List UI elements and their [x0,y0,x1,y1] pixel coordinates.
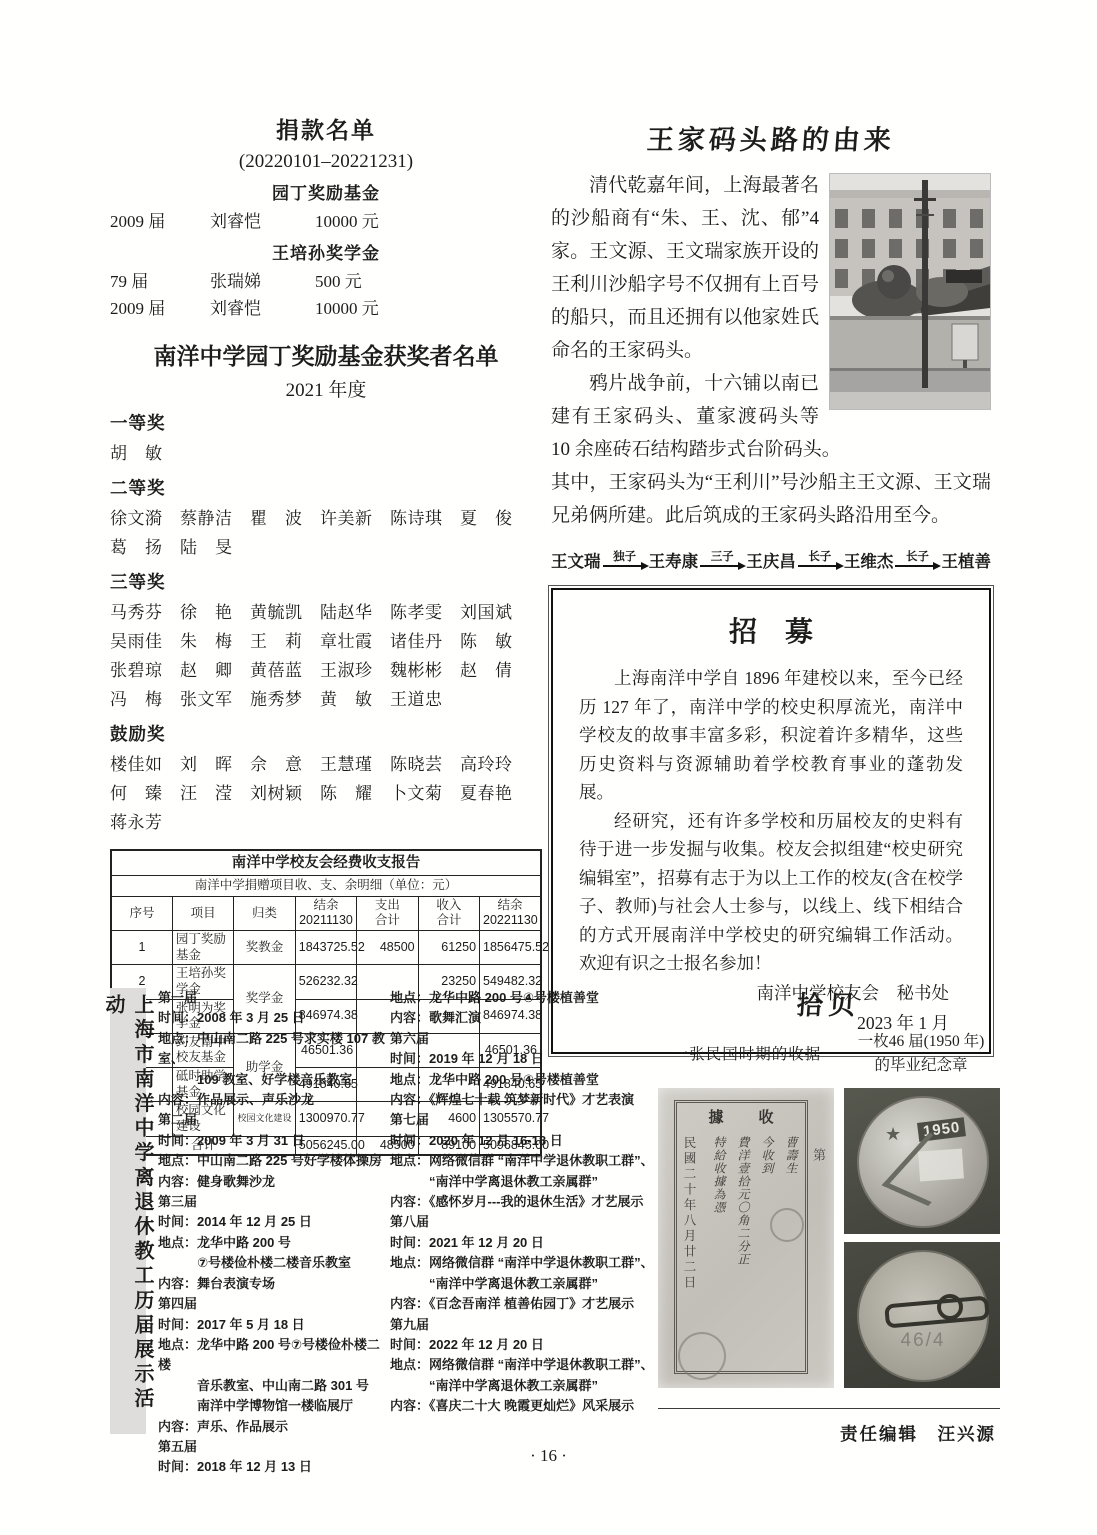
star-icon: ★ [885,1124,901,1145]
donation-amount: 10000 元 [315,295,379,322]
award-name-line: 张碧琼 赵 卿 黄蓓蓝 王淑珍 魏彬彬 赵 倩 [110,656,542,685]
awards-year: 2021 年度 [110,375,542,402]
event-line: 时间：2022 年 12 月 20 日 [390,1335,666,1355]
award-name-list: 胡 敏 [110,439,542,468]
shibei-section: 拾贝 一张民国时期的收据 一枚46 届(1950 年) 的毕业纪念章 據 收 第… [658,985,1000,1446]
event-line: 第四届 [158,1294,390,1314]
event-line: 地点：龙华中路 200 号④号楼植善堂 [390,1070,666,1090]
event-line: 地点：龙华中路 200 号④号楼植善堂 [390,988,666,1008]
medal-caption-line1: 一枚46 届(1950 年) [842,1030,1000,1054]
event-line: 时间：2020 年 12 月 16-18 日 [390,1131,666,1151]
award-name-line: 徐文漪 蔡静洁 瞿 波 许美新 陈诗琪 夏 俊 [110,504,542,533]
footer-divider [658,1408,1000,1409]
medal-engraving: 46/4 [859,1330,987,1352]
award-name-line: 葛 扬 陆 旻 [110,533,542,562]
event-line: 第八届 [390,1212,666,1232]
event-line: 地点：中山南二路 225 号好学楼体操房 [158,1151,390,1171]
award-name-line: 蒋永芳 [110,808,542,837]
table-row: 1 园丁奖励基金 奖教金 1843725.52 48500 61250 1856… [111,931,541,965]
event-line: 109 教室、好学楼音乐教室 [158,1070,390,1090]
event-line: 地点：中山南二路 225 号求实楼 107 教室、 [158,1029,390,1070]
award-group: 鼓励奖 楼佳如 刘 晖 佘 意 王慧瑾 陈晓芸 高玲玲何 臻 汪 滢 刘树颖 陈… [110,721,542,837]
event-line: 第二届 [158,1110,390,1130]
col-header-prev: 结余 20211130 [295,896,356,930]
event-line: 地点：网络微信群 “南洋中学退休教职工群”、 [390,1253,666,1273]
recruitment-box: 招 募 上海南洋中学自 1896 年建校以来，至今已经历 127 年了，南洋中学… [551,588,991,1054]
col-header-item: 项目 [172,896,233,930]
article-title: 王家码头路的由来 [550,118,993,157]
receipt-hand-line: 今收到 [759,1136,776,1358]
stamp-icon [770,1208,804,1242]
donation-period: (20220101–20221231) [110,151,542,173]
medal-front-photo: ★ 1950 [844,1088,1000,1234]
event-line: 内容：《百念吾南洋 植善佑园丁》才艺展示 [390,1294,666,1314]
award-name-line: 楼佳如 刘 晖 佘 意 王慧瑾 陈晓芸 高玲玲 [110,750,542,779]
finance-table-subtitle: 南洋中学捐赠项目收、支、余明细（单位：元） [111,876,541,897]
medal-caption: 一枚46 届(1950 年) 的毕业纪念章 [842,1030,1000,1078]
cell-cat: 奖教金 [234,931,295,965]
receipt-photo: 據 收 第 民國二十年八月廿二日 曹壽生 今收到 費洋壹拾元〇角二分正 特給收據… [658,1088,834,1388]
event-line: 音乐教室、中山南二路 301 号 [158,1376,390,1396]
event-line: 时间：2021 年 12 月 20 日 [390,1233,666,1253]
event-line: 第七届 [390,1110,666,1130]
award-name-list: 徐文漪 蔡静洁 瞿 波 许美新 陈诗琪 夏 俊葛 扬 陆 旻 [110,504,542,562]
event-line: 内容：《喜庆二十大 晚霞更灿烂》风采展示 [390,1396,666,1416]
donor-class: 2009 届 [110,295,210,322]
event-line: “南洋中学离退休教工亲属群” [390,1376,666,1396]
receipt-handwriting: 曹壽生 今收到 費洋壹拾元〇角二分正 特給收據為憑 [706,1136,800,1358]
cell-expense: 48500 [357,931,418,965]
awards-title: 南洋中学园丁奖励基金获奖者名单 [110,338,542,371]
finance-header-row: 序号 项目 归类 结余 20211130 支出 合计 收入 合计 结余 2022… [111,896,541,930]
medal-back-coin: 46/4 [857,1250,989,1382]
event-line: 第一届 [158,988,390,1008]
cell-item: 园丁奖励基金 [172,931,233,965]
donor-class: 79 届 [110,268,210,295]
fund-name: 王培孙奖学金 [110,239,542,264]
editor-credit: 责任编辑 汪兴源 [658,1421,1000,1446]
article-paragraph: 其中，王家码头为“王利川”号沙船主王文源、王文瑞兄弟俩所建。此后筑成的王家码头路… [551,466,991,532]
receipt-header: 據 收 [658,1106,834,1127]
recruitment-paragraph: 上海南洋中学自 1896 年建校以来，至今已经历 127 年了，南洋中学的校史积… [579,664,963,807]
col-header-now: 结余 20221130 [480,896,541,930]
donation-row: 2009 届 刘睿恺 10000 元 [110,208,542,235]
genealogy-link: 长子 [798,551,842,567]
award-name-line: 马秀芬 徐 艳 黄毓凯 陆赵华 陈孝雯 刘国斌 [110,598,542,627]
receipt-caption: 一张民国时期的收据 [658,1030,836,1078]
relation-label: 三子 [711,551,734,563]
event-line: 地点：网络微信群 “南洋中学退休教职工群”、 [390,1151,666,1171]
event-line: 地点：龙华中路 200 号⑦号楼俭朴楼二楼 [158,1335,390,1376]
donation-row: 2009 届 刘睿恺 10000 元 [110,295,542,322]
col-header-cat: 归类 [234,896,295,930]
recruitment-title: 招 募 [579,610,963,650]
donation-title: 捐款名单 [110,112,542,145]
event-line: 内容：歌舞汇演 [390,1008,666,1028]
event-line: 地点：龙华中路 200 号 [158,1233,390,1253]
relation-label: 长子 [906,551,929,563]
donation-row: 79 届 张瑞娣 500 元 [110,268,542,295]
shibei-photos: 據 收 第 民國二十年八月廿二日 曹壽生 今收到 費洋壹拾元〇角二分正 特給收據… [658,1088,1000,1388]
medal-back-photo: 46/4 [844,1242,1000,1388]
event-line: 第九届 [390,1315,666,1335]
award-name-line: 冯 梅 张文军 施秀梦 黄 敏 王道忠 [110,685,542,714]
event-line: 南洋中学博物馆一楼临展厅 [158,1396,390,1416]
genealogy-link: 独子 [603,551,647,567]
page-number: · 16 · [0,1446,1097,1466]
receipt-hand-line: 特給收據為憑 [711,1136,728,1358]
award-group-label: 三等奖 [110,569,542,594]
col-header-income: 收入 合计 [418,896,479,930]
award-group-label: 二等奖 [110,475,542,500]
award-name-line: 吴雨佳 朱 梅 王 莉 章壮霞 诸佳丹 陈 敏 [110,627,542,656]
receipt-date: 民國二十年八月廿二日 [680,1136,698,1291]
cell-now: 1856475.52 [480,931,541,965]
event-line: 时间：2008 年 3 月 25 日 [158,1008,390,1028]
events-column-1: 第一届时间：2008 年 3 月 25 日地点：中山南二路 225 号求实楼 1… [158,988,390,1478]
pin-clasp-icon [937,1294,963,1320]
event-line: “南洋中学离退休教工亲属群” [390,1274,666,1294]
donor-class: 2009 届 [110,208,210,235]
finance-table-title: 南洋中学校友会经费收支报告 [111,850,541,876]
receipt-hand-line: 曹壽生 [783,1136,800,1358]
events-sidebar-title: 上海市南洋中学离退休教工历届展示活动 [99,988,157,1434]
recruitment-paragraph: 经研究，还有许多学校和历届校友的史料有待于进一步发掘与收集。校友会拟组建“校史研… [579,807,963,978]
event-line: 内容：声乐、作品展示 [158,1417,390,1437]
event-line: 内容：《感怀岁月---我的退休生活》才艺展示 [390,1192,666,1212]
event-line: 时间：2014 年 12 月 25 日 [158,1212,390,1232]
genealogy-name: 王植善 [942,548,992,572]
donation-amount: 500 元 [315,268,362,295]
genealogy-name: 王庆昌 [746,548,796,572]
medal-front-coin: ★ 1950 [857,1096,989,1228]
event-line: 地点：网络微信群 “南洋中学退休教职工群”、 [390,1355,666,1375]
cell-prev: 1843725.52 [295,931,356,965]
award-name-list: 楼佳如 刘 晖 佘 意 王慧瑾 陈晓芸 高玲玲何 臻 汪 滢 刘树颖 陈 耀 卜… [110,750,542,837]
award-name-line: 何 臻 汪 滢 刘树颖 陈 耀 卜文菊 夏春艳 [110,779,542,808]
genealogy-name: 王维杰 [844,548,894,572]
right-column: 王家码头路的由来 清代乾嘉年间，上海最著名的沙船商有“朱、王、沈、郁”4 家。王… [551,118,991,1054]
relation-label: 独子 [613,551,636,563]
receipt-number-char: 第 [809,1148,828,1161]
arrow-icon [798,565,842,567]
donor-name: 刘睿恺 [210,208,315,235]
col-header-seq: 序号 [111,896,172,930]
medal-characters [918,1149,964,1182]
shibei-title: 拾贝 [657,985,1002,1022]
award-group: 二等奖 徐文漪 蔡静洁 瞿 波 许美新 陈诗琪 夏 俊葛 扬 陆 旻 [110,475,542,562]
events-section: 上海市南洋中学离退休教工历届展示活动 第一届时间：2008 年 3 月 25 日… [110,988,666,1478]
award-group-label: 一等奖 [110,410,542,435]
award-group: 一等奖 胡 敏 [110,410,542,468]
receipt-hand-line: 費洋壹拾元〇角二分正 [735,1136,752,1358]
event-line: 第六届 [390,1029,666,1049]
event-line: 时间：2009 年 3 月 31 日 [158,1131,390,1151]
event-line: 内容：健身歌舞沙龙 [158,1172,390,1192]
medal-photos: ★ 1950 46/4 [844,1088,1000,1388]
event-line: 内容：《辉煌七十载 筑梦新时代》才艺表演 [390,1090,666,1110]
event-line: ⑦号楼俭朴楼二楼音乐教室 [158,1253,390,1273]
col-header-expense: 支出 合计 [357,896,418,930]
arrow-icon [895,565,939,567]
event-line: 内容：舞台表演专场 [158,1274,390,1294]
event-line: 时间：2019 年 12 月 18 日 [390,1049,666,1069]
genealogy-name: 王文瑞 [551,548,601,572]
award-group: 三等奖 马秀芬 徐 艳 黄毓凯 陆赵华 陈孝雯 刘国斌吴雨佳 朱 梅 王 莉 章… [110,569,542,714]
event-line: 时间：2017 年 5 月 18 日 [158,1315,390,1335]
event-line: 第三届 [158,1192,390,1212]
relation-label: 长子 [808,551,831,563]
cell-seq: 1 [111,931,172,965]
genealogy-name: 王寿康 [649,548,699,572]
donation-amount: 10000 元 [315,208,379,235]
event-line: 内容：作品展示、声乐沙龙 [158,1090,390,1110]
award-name-line: 胡 敏 [110,439,542,468]
events-column-2: 地点：龙华中路 200 号④号楼植善堂内容：歌舞汇演第六届时间：2019 年 1… [390,988,666,1478]
donor-name: 刘睿恺 [210,295,315,322]
street-photo [829,173,991,410]
donor-name: 张瑞娣 [210,268,315,295]
event-line: “南洋中学离退休教工亲属群” [390,1172,666,1192]
award-group-label: 鼓励奖 [110,721,542,746]
fund-name: 园丁奖励基金 [110,179,542,204]
cell-income: 61250 [418,931,479,965]
events-sidebar: 上海市南洋中学离退休教工历届展示活动 [110,988,146,1434]
genealogy-chart: 王文瑞 独子 王寿康 三子 王庆昌 长子 王维杰 长子 王植善 [551,548,991,572]
genealogy-link: 三子 [700,551,744,567]
award-name-list: 马秀芬 徐 艳 黄毓凯 陆赵华 陈孝雯 刘国斌吴雨佳 朱 梅 王 莉 章壮霞 诸… [110,598,542,714]
medal-caption-line2: 的毕业纪念章 [842,1054,1000,1078]
genealogy-link: 长子 [895,551,939,567]
shibei-captions: 一张民国时期的收据 一枚46 届(1950 年) 的毕业纪念章 [658,1030,1000,1078]
arrow-icon [700,565,744,567]
arrow-icon [603,565,647,567]
